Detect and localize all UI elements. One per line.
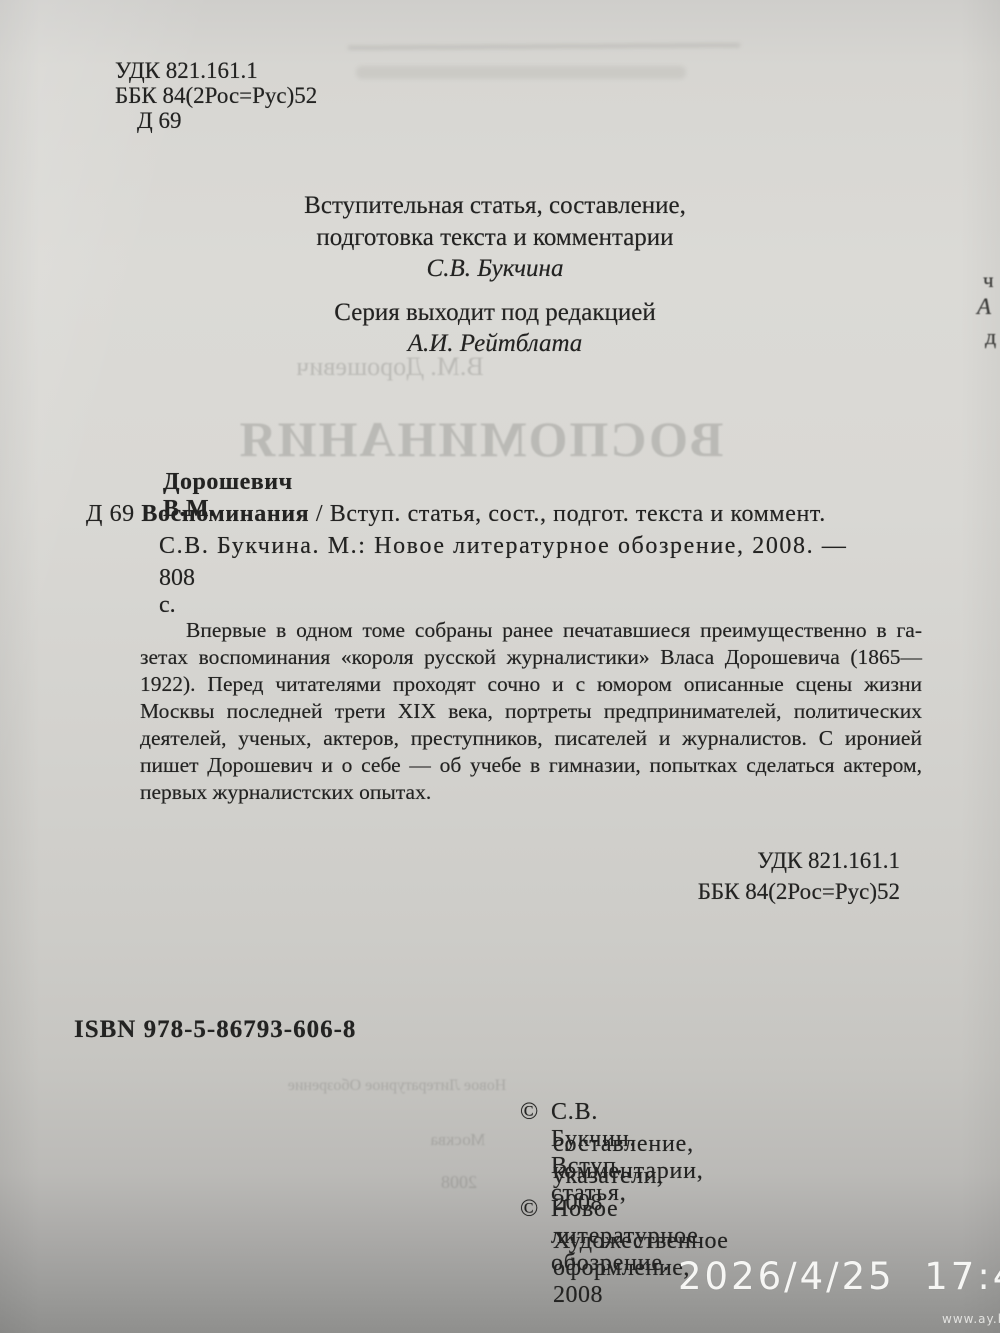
camera-timestamp: 2026/4/25 17:41	[678, 1255, 1000, 1298]
catalog-title-rest: / Вступ. статья, сост., подгот. текста и…	[309, 501, 826, 527]
series-line: Серия выходит под редакцией	[95, 299, 895, 327]
catalog-code: Д 69	[86, 501, 135, 527]
classification-block-left: УДК 821.161.1 ББК 84(2Рос=Рус)52 Д 69	[115, 58, 317, 133]
series-editor-name: А.И. Рейтблата	[95, 330, 895, 358]
edge-fragment-1: ч	[983, 268, 994, 293]
edge-fragment-3: д	[985, 324, 996, 350]
editorial-line1: Вступительная статья, составление,	[95, 192, 895, 220]
book-imprint-page-photo: В.М. Дорошевич ВОСПОМИНАНИЯ Новое Литера…	[0, 0, 1000, 1333]
copyright-icon: ©	[520, 1099, 538, 1126]
annotation-line: деятелей, ученых, актеров, преступников,…	[140, 725, 922, 752]
author-code: Д 69	[115, 108, 317, 133]
showthrough-smudge	[356, 66, 686, 79]
edge-fragment-2: А	[977, 294, 991, 320]
catalog-line2: С.В. Букчина. М.: Новое литературное обо…	[159, 533, 847, 560]
annotation-line: зетах воспоминания «короля русской журна…	[140, 644, 922, 671]
showthrough-title: ВОСПОМИНАНИЯ	[213, 410, 748, 468]
annotation-line: Впервые в одном томе собраны ранее печат…	[140, 617, 922, 644]
annotation-line: Москвы последней трети XIX века, портрет…	[140, 698, 922, 725]
showthrough-rule	[348, 44, 740, 50]
bbk-number-right: ББК 84(2Рос=Рус)52	[500, 876, 900, 907]
showthrough-publisher: Новое Литературное Обозрение	[273, 1077, 521, 1095]
annotation-line: пишет Дорошевич и о себе — об учебе в ги…	[140, 752, 922, 779]
annotation-line: 1922). Перед читателями проходят сочно и…	[140, 671, 922, 698]
bbk-number: ББК 84(2Рос=Рус)52	[115, 83, 317, 108]
isbn: ISBN 978-5-86793-606-8	[74, 1016, 356, 1044]
site-watermark: www.ay.by	[942, 1312, 1000, 1326]
catalog-title: Воспоминания	[141, 501, 309, 527]
editor-name: С.В. Букчина	[95, 255, 895, 283]
udk-number: УДК 821.161.1	[115, 58, 317, 83]
copyright-icon: ©	[520, 1196, 538, 1223]
annotation-line: первых журналистских опытах.	[140, 779, 922, 806]
showthrough-city: Москва	[408, 1130, 508, 1150]
annotation: Впервые в одном томе собраны ранее печат…	[140, 617, 922, 806]
classification-block-right: УДК 821.161.1 ББК 84(2Рос=Рус)52	[500, 845, 900, 907]
showthrough-year: 2008	[426, 1172, 492, 1193]
udk-number-right: УДК 821.161.1	[500, 845, 900, 876]
catalog-line3: 808 с.	[159, 565, 195, 619]
catalog-line1: Д 69 Воспоминания / Вступ. статья, сост.…	[86, 501, 826, 528]
editorial-line2: подготовка текста и комментарии	[95, 224, 895, 252]
